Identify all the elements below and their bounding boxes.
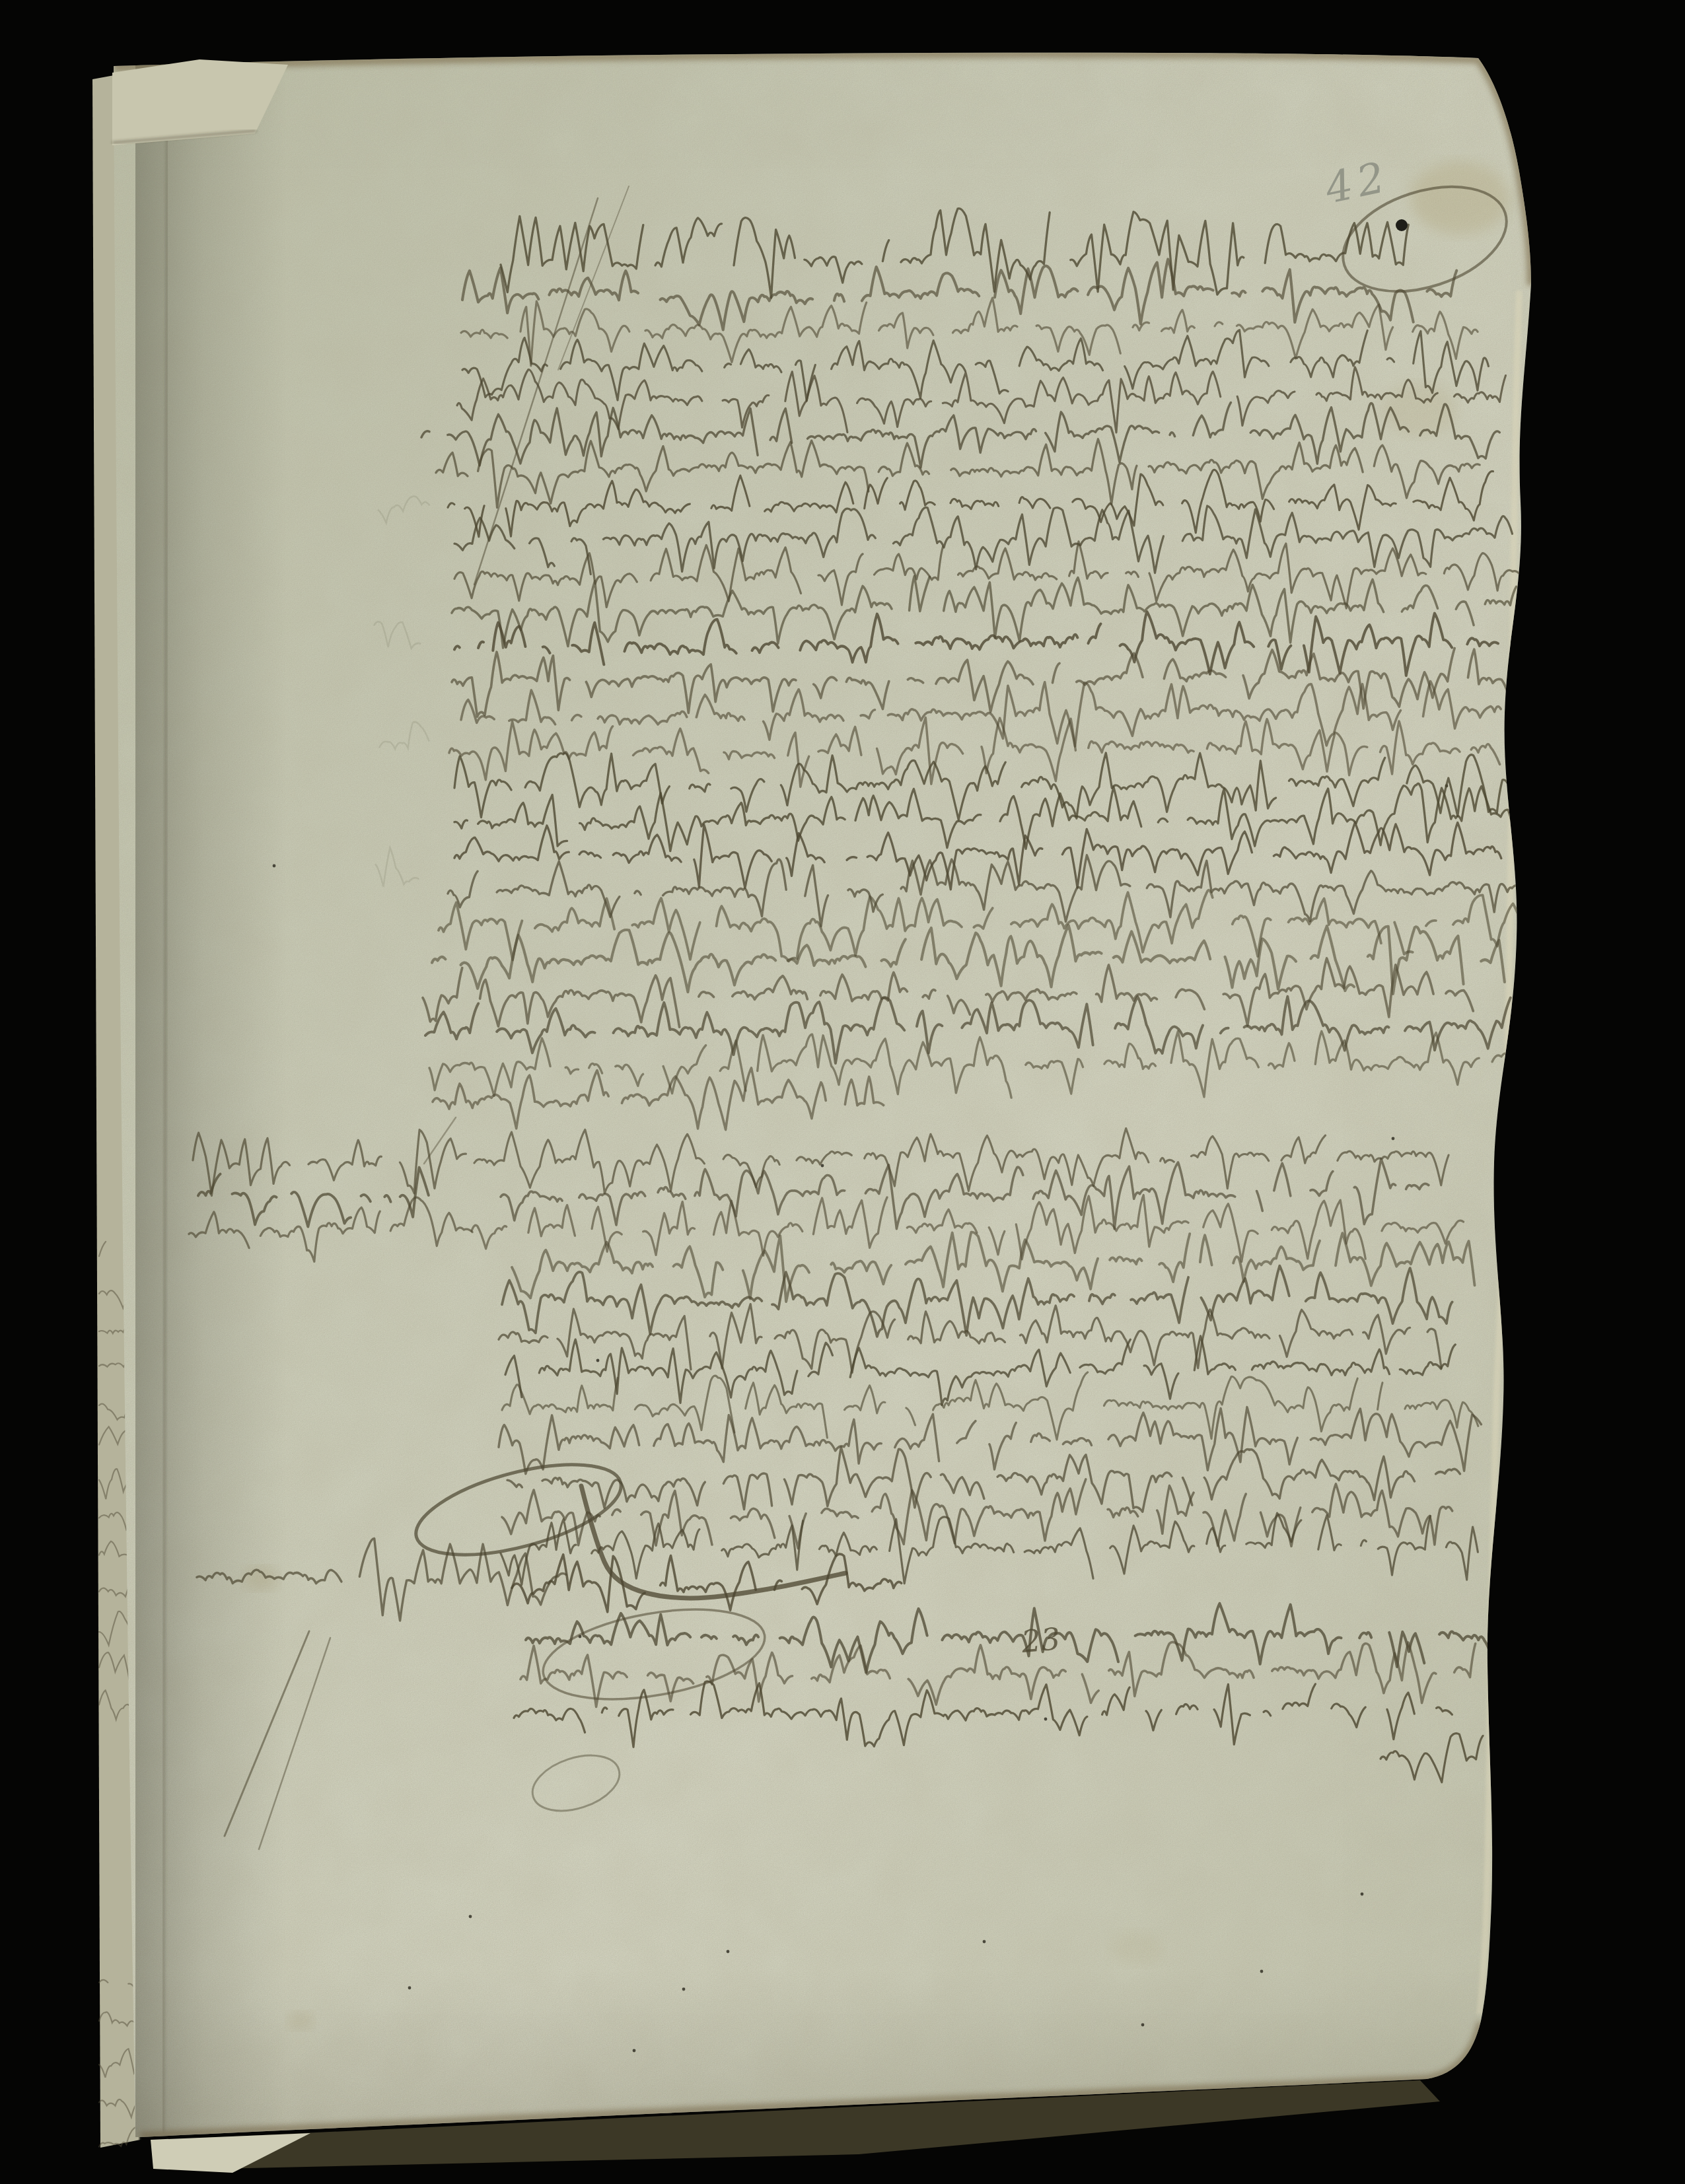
ink-speck	[273, 864, 276, 868]
ink-speck	[1260, 1970, 1264, 1973]
scanned-manuscript-photo: 4223	[0, 0, 1685, 2184]
paper-stain	[287, 2012, 314, 2030]
ink-speck	[1141, 2024, 1145, 2027]
manuscript-scene: 4223	[0, 0, 1685, 2184]
paper-stain	[1384, 383, 1456, 436]
page-sheet: 4223	[92, 40, 1559, 2184]
ink-speck	[821, 1164, 824, 1168]
paper-stain	[1110, 1931, 1163, 1965]
ink-speck	[408, 1987, 412, 1990]
ink-speck	[469, 1915, 472, 1919]
ink-dot	[1396, 219, 1408, 231]
ink-speck	[727, 1950, 730, 1954]
ink-speck	[596, 1359, 600, 1362]
ink-speck	[983, 1940, 986, 1944]
paper-grain-texture	[92, 40, 1552, 2166]
ink-speck	[1361, 1893, 1364, 1896]
inline-number: 23	[1019, 1621, 1061, 1660]
ink-speck	[1044, 1718, 1048, 1721]
ink-speck	[682, 1988, 686, 1991]
page-surface: 4223	[92, 40, 1559, 2184]
ink-speck	[1392, 1137, 1395, 1141]
ink-speck	[633, 2049, 636, 2053]
